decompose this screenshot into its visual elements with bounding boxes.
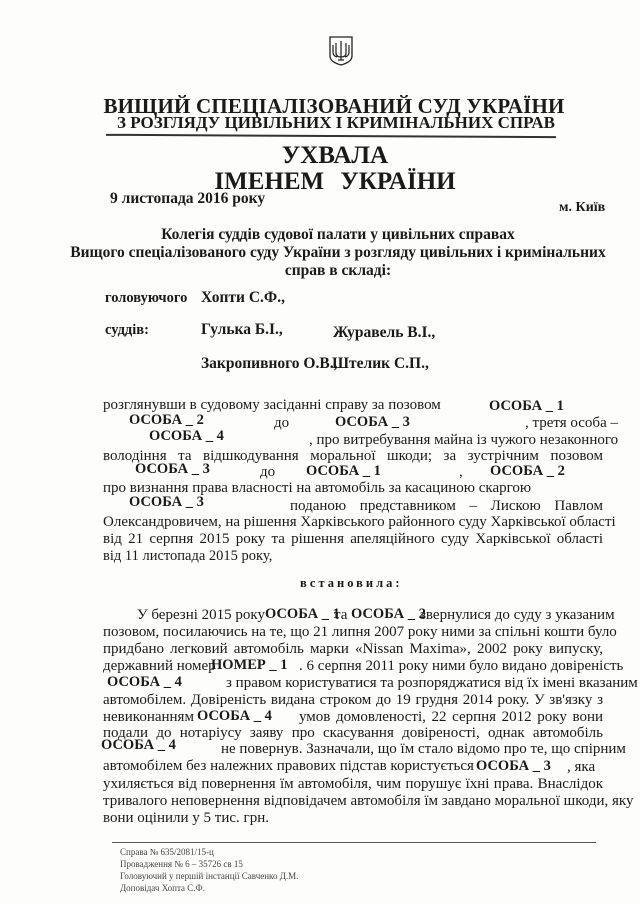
body-l9-b: не повернув. Зазначали, що їм стало відо… [221,741,603,758]
body-person-3: ОСОБА _ 3 [476,758,551,775]
body-l10-a: автомобілем без належних правових підста… [103,758,463,775]
body-line-6: автомобілем. Довіреність видана строком … [103,692,603,709]
counter-person-3: ОСОБА _ 3 [135,461,210,478]
party-person-3: ОСОБА _ 3 [335,414,410,431]
body-person-1: ОСОБА _ 1 [265,606,340,623]
body-line-12: тривалого неповернення відповідачем авто… [103,793,603,810]
judge-3: Закропивного О.В., [201,355,337,373]
document-title: УХВАЛА [0,142,640,170]
intro-line-7: поданою представником – Лискою Павлом [290,498,603,515]
presiding-judge: Хопти С.Ф., [201,289,285,307]
footer-case-number: Справа № 635/2081/15-ц [120,847,214,857]
body-plate-number: НОМЕР _ 1 [211,657,288,674]
intro-line-3: , про витребування майна із чужого незак… [309,432,618,449]
body-line-11: ухиляється від повернення їм автомобіля,… [103,776,603,793]
footer-proceeding-number: Провадження № 6 – 35726 св 15 [120,859,243,869]
document-subtitle: ІМЕНЕМ УКРАЇНИ [0,168,640,196]
intro-line-8: Олександровичем, на рішення Харківського… [103,514,603,531]
body-line-3: придбано легковий автомобіль марки «Niss… [103,641,603,658]
intro-do-2: до [260,464,275,481]
footer-first-instance-judge: Головуючий у першій інстанції Савченко Д… [120,871,298,881]
intro-comma: , [459,464,463,481]
body-person-4b: ОСОБА _ 4 [197,708,272,725]
body-person-2: ОСОБА _ 2 [351,606,426,623]
intro-line-9: від 21 серпня 2015 року та рішення апеля… [103,531,603,548]
established-heading: встановила: [300,576,403,591]
panel-intro-line1: Колегія суддів судової палати у цивільни… [0,226,640,244]
cassation-person-3: ОСОБА _ 3 [129,494,204,511]
counter-person-2: ОСОБА _ 2 [490,463,565,480]
party-person-2: ОСОБА _ 2 [129,412,204,429]
judge-2: Журавель В.І., [333,324,435,342]
body-l1-a: У березні 2015 року [137,607,265,624]
footer-reporter: Доповідач Хопта С.Ф. [120,883,205,893]
coat-of-arms-icon [329,36,353,66]
body-l7-a: невиконанням [103,709,194,726]
panel-intro-line2: Вищого спеціалізованого суду України з р… [0,244,640,262]
header-rule [106,134,556,138]
intro-do: до [274,415,289,432]
body-person-4a: ОСОБА _ 4 [107,674,182,691]
body-l5-b: з правом користуватися та розпоряджатися… [226,675,603,692]
body-l4-a: державний номер [103,658,216,675]
party-person-4: ОСОБА _ 4 [149,428,224,445]
body-person-4c: ОСОБА _ 4 [101,737,176,754]
body-l10-b: , яка [567,759,595,776]
panel-intro-line3: справ в складі: [0,262,640,280]
judges-label: суддів: [105,322,149,339]
body-line-8: подали до нотаріусу заяву про скасування… [103,725,603,742]
presiding-label: головуючого [105,290,187,307]
judge-1: Гулька Б.І., [201,321,283,339]
footer-rule [112,842,596,843]
body-l1-b: та [334,607,347,624]
counter-person-1: ОСОБА _ 1 [306,463,381,480]
body-line-13: вони оцінили у 5 тис. грн. [103,810,269,827]
intro-line-10: від 11 листопада 2015 року, [103,548,272,565]
body-l4-b: . 6 серпня 2011 року ними було видано до… [299,658,603,675]
party-person-1: ОСОБА _ 1 [489,398,564,415]
document-city: м. Київ [559,200,605,216]
body-l1-c: звернулися до суду з указаним [420,607,615,624]
body-l7-b: умов домовленості, 22 серпня 2012 року в… [299,709,603,726]
document-date: 9 листопада 2016 року [110,190,265,208]
judge-4: Штелик С.П., [332,355,429,373]
intro-third-party: , третя особа – [525,415,618,432]
body-line-2: позовом, посилаючись на те, що 21 липня … [103,624,603,641]
court-name-line2: З РОЗГЛЯДУ ЦИВІЛЬНИХ І КРИМІНАЛЬНИХ СПРА… [0,113,640,133]
